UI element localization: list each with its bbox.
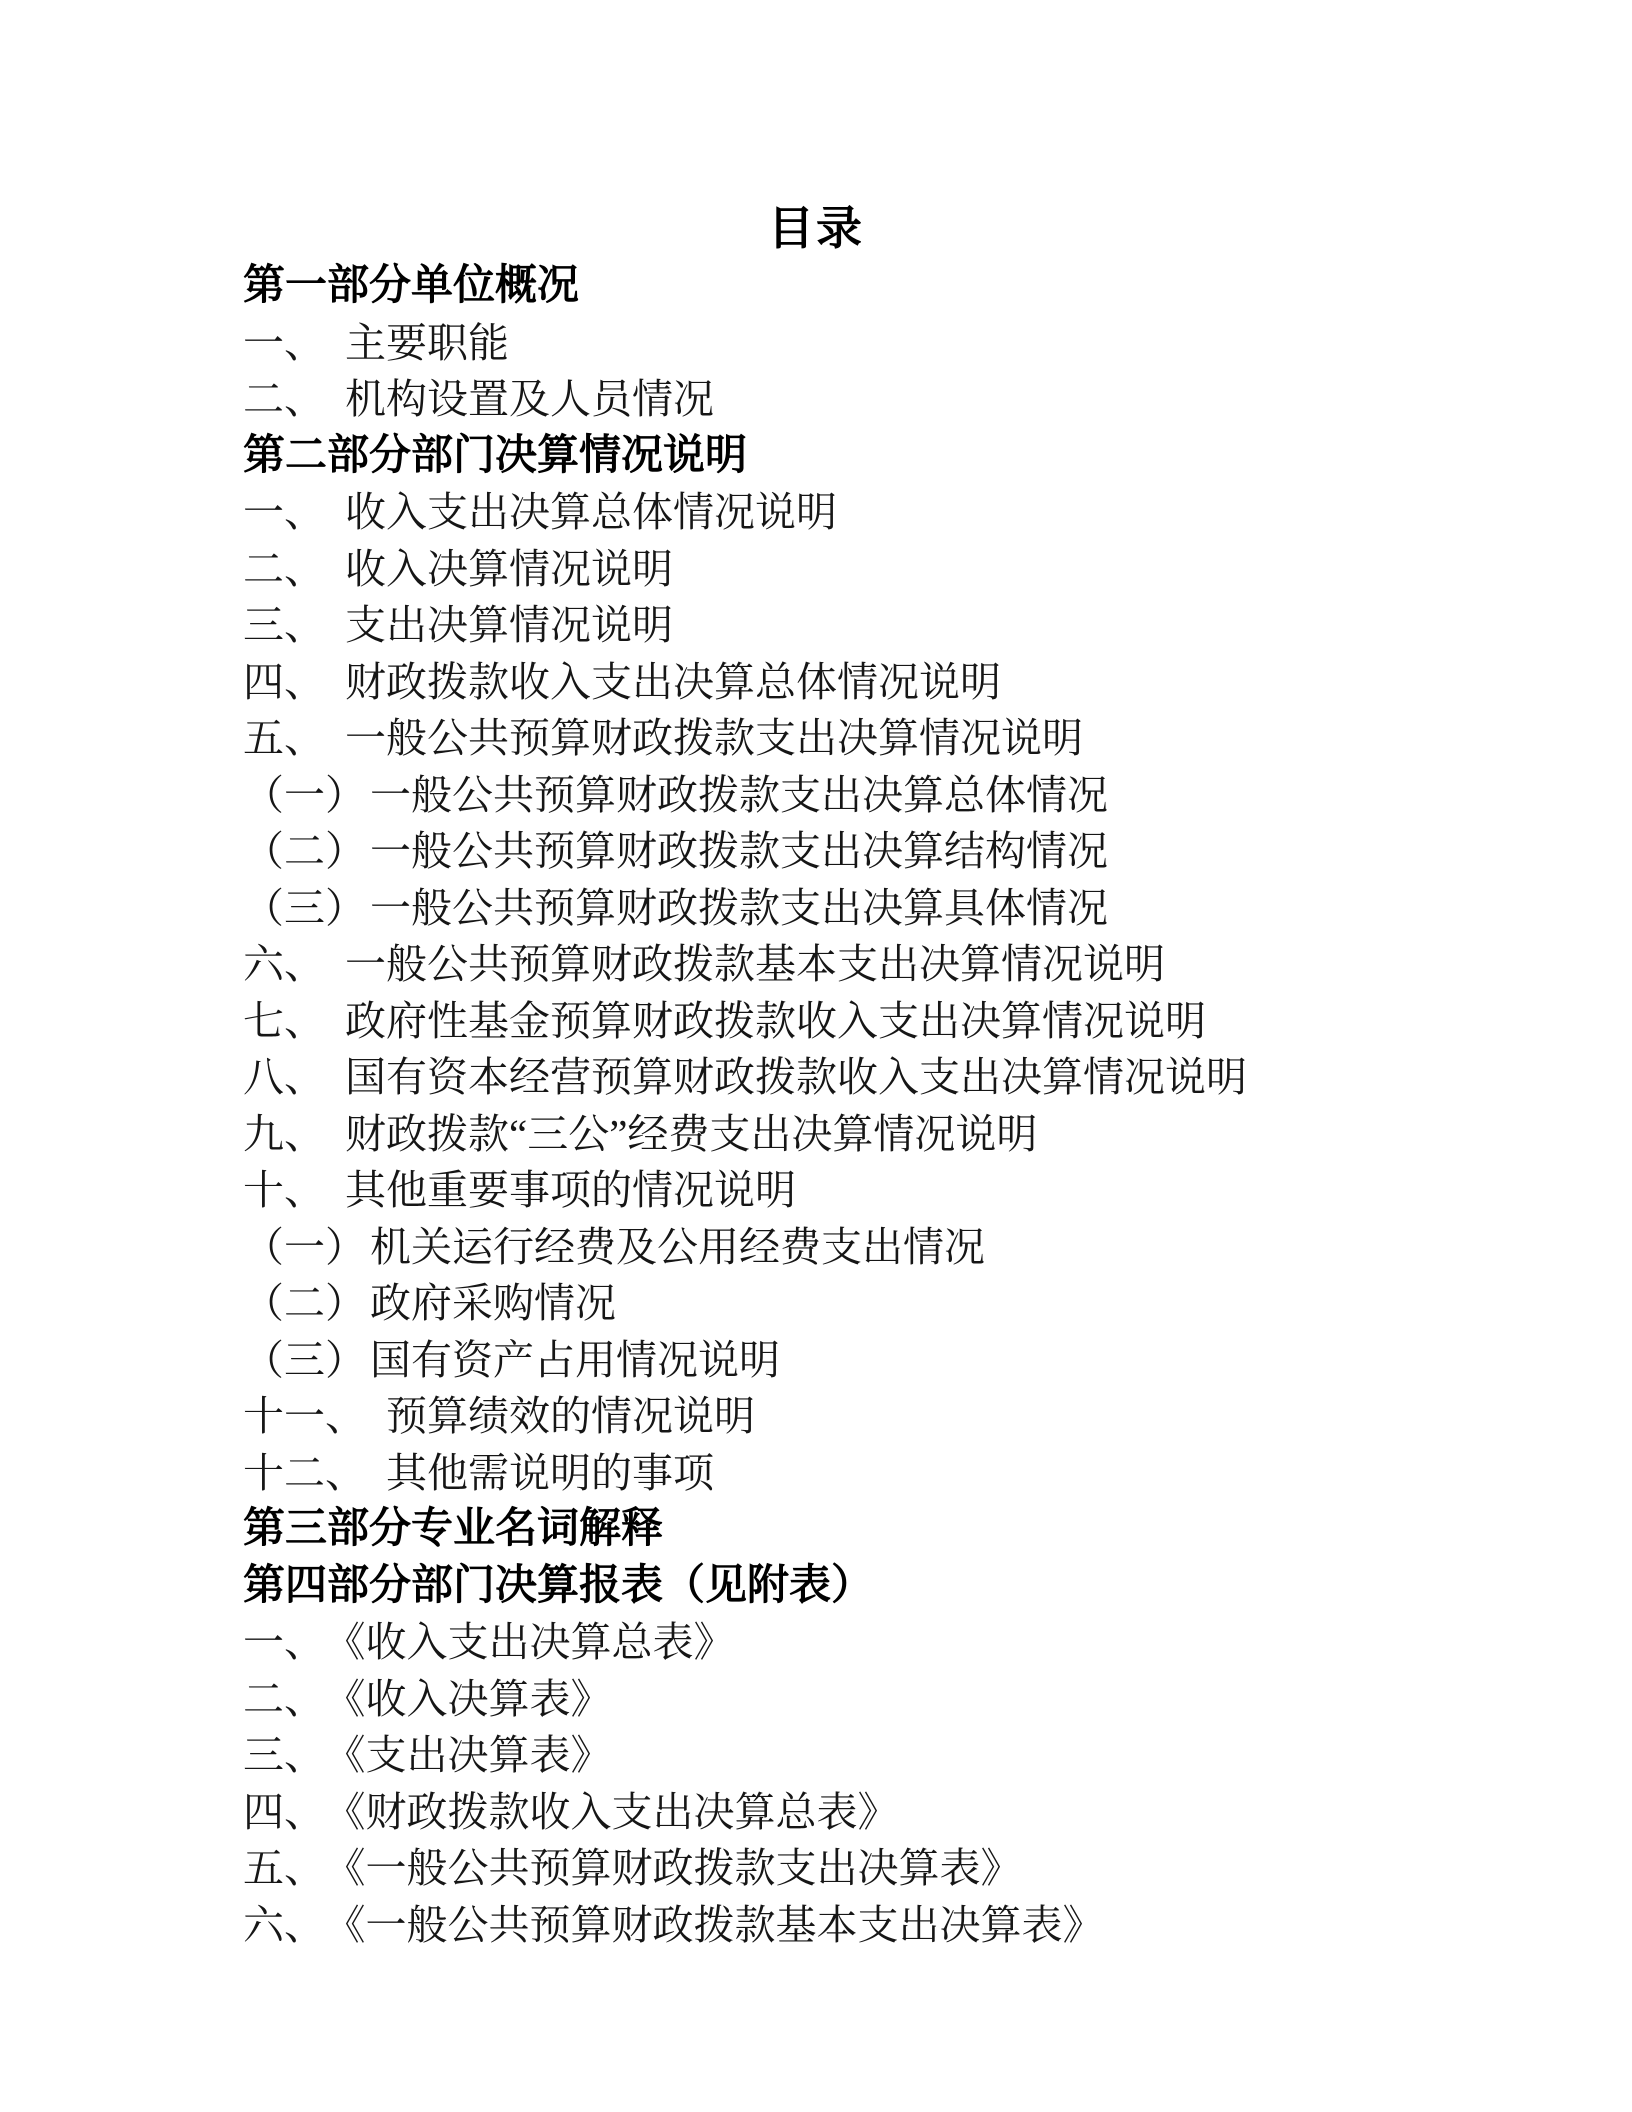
- toc-item-text: 其他重要事项的情况说明: [345, 1167, 796, 1213]
- toc-item: 三、《支出决算表》: [243, 1727, 1493, 1784]
- toc-item-number: （一）: [243, 772, 366, 818]
- toc-item: （二）一般公共预算财政拨款支出决算结构情况: [243, 823, 1493, 880]
- toc-item-number: （三）: [243, 1337, 366, 1383]
- toc-item: 十二、其他需说明的事项: [243, 1445, 1493, 1502]
- toc-item: 二、机构设置及人员情况: [243, 371, 1493, 428]
- toc-item-number: 二、: [243, 546, 325, 592]
- toc-part-header: 第一部分单位概况: [243, 258, 1493, 315]
- toc-item: 二、收入决算情况说明: [243, 541, 1493, 598]
- toc-item-number: 七、: [243, 998, 325, 1044]
- toc-item: 六、一般公共预算财政拨款基本支出决算情况说明: [243, 936, 1493, 993]
- toc-item: 一、收入支出决算总体情况说明: [243, 484, 1493, 541]
- toc-item-text: 《一般公共预算财政拨款支出决算表》: [345, 1845, 1022, 1891]
- page-title: 目录: [0, 200, 1632, 256]
- toc-item: 一、《收入支出决算总表》: [243, 1614, 1493, 1671]
- toc-item-number: （二）: [243, 1280, 366, 1326]
- toc-item-number: 九、: [243, 1111, 325, 1157]
- toc-item-text: 一般公共预算财政拨款基本支出决算情况说明: [345, 941, 1165, 987]
- toc-item-text: 机构设置及人员情况: [345, 376, 714, 422]
- toc-item: 七、政府性基金预算财政拨款收入支出决算情况说明: [243, 993, 1493, 1050]
- toc-item-number: 二、: [243, 1676, 325, 1722]
- toc-item-text: 财政拨款“三公”经费支出决算情况说明: [345, 1111, 1037, 1157]
- toc-item-number: 一、: [243, 489, 325, 535]
- toc-item: 十、其他重要事项的情况说明: [243, 1162, 1493, 1219]
- toc-item-text: 《一般公共预算财政拨款基本支出决算表》: [345, 1902, 1104, 1948]
- toc-item-text: 国有资产占用情况说明: [370, 1337, 780, 1383]
- toc-item-number: 五、: [243, 1845, 325, 1891]
- toc-item-text: 政府性基金预算财政拨款收入支出决算情况说明: [345, 998, 1206, 1044]
- toc-item-number: 五、: [243, 715, 325, 761]
- toc-item-number: 十、: [243, 1167, 325, 1213]
- toc-item: 三、支出决算情况说明: [243, 597, 1493, 654]
- toc-item-text: 其他需说明的事项: [386, 1450, 714, 1496]
- toc-item-text: 一般公共预算财政拨款支出决算总体情况: [370, 772, 1108, 818]
- document-page: 目录 第一部分单位概况 一、主要职能 二、机构设置及人员情况 第二部分部门决算情…: [0, 0, 1632, 2112]
- toc-item-number: （二）: [243, 828, 366, 874]
- toc-item-number: 四、: [243, 659, 325, 705]
- toc-item-text: 收入支出决算总体情况说明: [345, 489, 837, 535]
- toc-item-text: 《收入决算表》: [345, 1676, 612, 1722]
- toc-item-number: 六、: [243, 941, 325, 987]
- toc-item-text: 财政拨款收入支出决算总体情况说明: [345, 659, 1001, 705]
- toc-item-text: 机关运行经费及公用经费支出情况: [370, 1224, 985, 1270]
- toc-item: （一）机关运行经费及公用经费支出情况: [243, 1219, 1493, 1276]
- toc-item-text: 第四部分部门决算报表（见附表）: [243, 1563, 873, 1609]
- toc-item-number: 三、: [243, 602, 325, 648]
- toc-item-text: 第三部分专业名词解释: [243, 1506, 663, 1552]
- toc-item-number: 八、: [243, 1054, 325, 1100]
- toc-part-header: 第三部分专业名词解释: [243, 1501, 1493, 1558]
- toc-item-number: （三）: [243, 885, 366, 931]
- toc-item-text: 政府采购情况: [370, 1280, 616, 1326]
- toc-item-text: 《财政拨款收入支出决算总表》: [345, 1789, 899, 1835]
- toc-item: （三）一般公共预算财政拨款支出决算具体情况: [243, 880, 1493, 937]
- toc-item: 二、《收入决算表》: [243, 1671, 1493, 1728]
- toc-item: 六、《一般公共预算财政拨款基本支出决算表》: [243, 1897, 1493, 1954]
- toc-item: 一、主要职能: [243, 315, 1493, 372]
- toc-item: 十一、预算绩效的情况说明: [243, 1388, 1493, 1445]
- toc-item-text: 《收入支出决算总表》: [345, 1619, 735, 1665]
- toc-item: （一）一般公共预算财政拨款支出决算总体情况: [243, 767, 1493, 824]
- toc-item-number: 一、: [243, 320, 325, 366]
- toc-item: 四、《财政拨款收入支出决算总表》: [243, 1784, 1493, 1841]
- toc-item-text: 预算绩效的情况说明: [386, 1393, 755, 1439]
- toc-item: 八、国有资本经营预算财政拨款收入支出决算情况说明: [243, 1049, 1493, 1106]
- toc-item-number: 一、: [243, 1619, 325, 1665]
- toc-item: 五、《一般公共预算财政拨款支出决算表》: [243, 1840, 1493, 1897]
- toc-part-header: 第四部分部门决算报表（见附表）: [243, 1558, 1493, 1615]
- toc-item-number: 三、: [243, 1732, 325, 1778]
- toc-item-text: 一般公共预算财政拨款支出决算情况说明: [345, 715, 1083, 761]
- toc-item-text: 支出决算情况说明: [345, 602, 673, 648]
- toc-item-number: 六、: [243, 1902, 325, 1948]
- toc-item-text: 一般公共预算财政拨款支出决算结构情况: [370, 828, 1108, 874]
- toc-item: （三）国有资产占用情况说明: [243, 1332, 1493, 1389]
- toc-item: 四、财政拨款收入支出决算总体情况说明: [243, 654, 1493, 711]
- toc-item: 五、一般公共预算财政拨款支出决算情况说明: [243, 710, 1493, 767]
- toc-item-number: 十一、: [243, 1393, 366, 1439]
- toc-item-text: 第二部分部门决算情况说明: [243, 433, 747, 479]
- toc-item-text: 收入决算情况说明: [345, 546, 673, 592]
- toc-item-text: 一般公共预算财政拨款支出决算具体情况: [370, 885, 1108, 931]
- toc-item-number: 十二、: [243, 1450, 366, 1496]
- toc-item-number: 四、: [243, 1789, 325, 1835]
- toc-item: 九、财政拨款“三公”经费支出决算情况说明: [243, 1106, 1493, 1163]
- toc-item-text: 主要职能: [345, 320, 509, 366]
- toc-part-header: 第二部分部门决算情况说明: [243, 428, 1493, 485]
- toc-list: 第一部分单位概况 一、主要职能 二、机构设置及人员情况 第二部分部门决算情况说明…: [243, 258, 1493, 1953]
- toc-item-text: 《支出决算表》: [345, 1732, 612, 1778]
- toc-item-text: 国有资本经营预算财政拨款收入支出决算情况说明: [345, 1054, 1247, 1100]
- toc-item-text: 第一部分单位概况: [243, 263, 579, 309]
- toc-item-number: （一）: [243, 1224, 366, 1270]
- toc-item-number: 二、: [243, 376, 325, 422]
- toc-item: （二）政府采购情况: [243, 1275, 1493, 1332]
